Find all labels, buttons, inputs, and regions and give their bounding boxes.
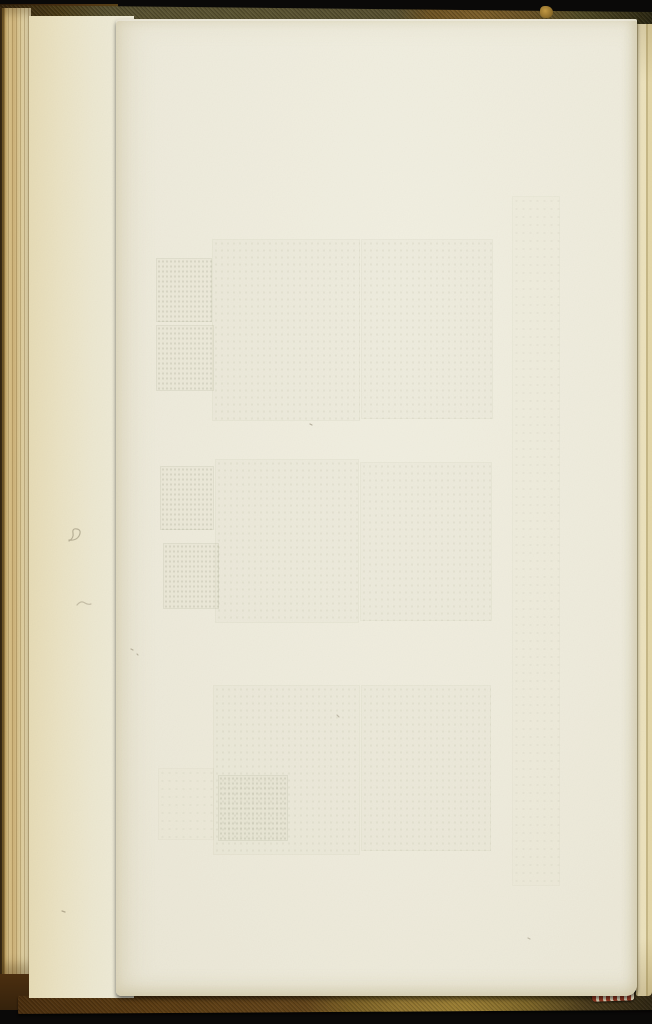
scanned-book-photograph xyxy=(0,0,652,1024)
reverse-stamp-block xyxy=(361,685,491,851)
reverse-stamp-block xyxy=(215,459,359,623)
show-through-layer xyxy=(0,0,652,1024)
reverse-stamp-small xyxy=(163,543,219,609)
reverse-stamp-small xyxy=(156,258,212,322)
reverse-stamp-small xyxy=(156,325,214,391)
reverse-stamp-small xyxy=(160,466,214,530)
reverse-stamp-column xyxy=(512,196,560,886)
reverse-stamp-block xyxy=(361,239,493,419)
reverse-stamp-small xyxy=(218,775,288,841)
reverse-stamp-faint xyxy=(158,768,214,840)
reverse-stamp-block xyxy=(212,239,360,421)
reverse-stamp-block xyxy=(360,462,492,621)
